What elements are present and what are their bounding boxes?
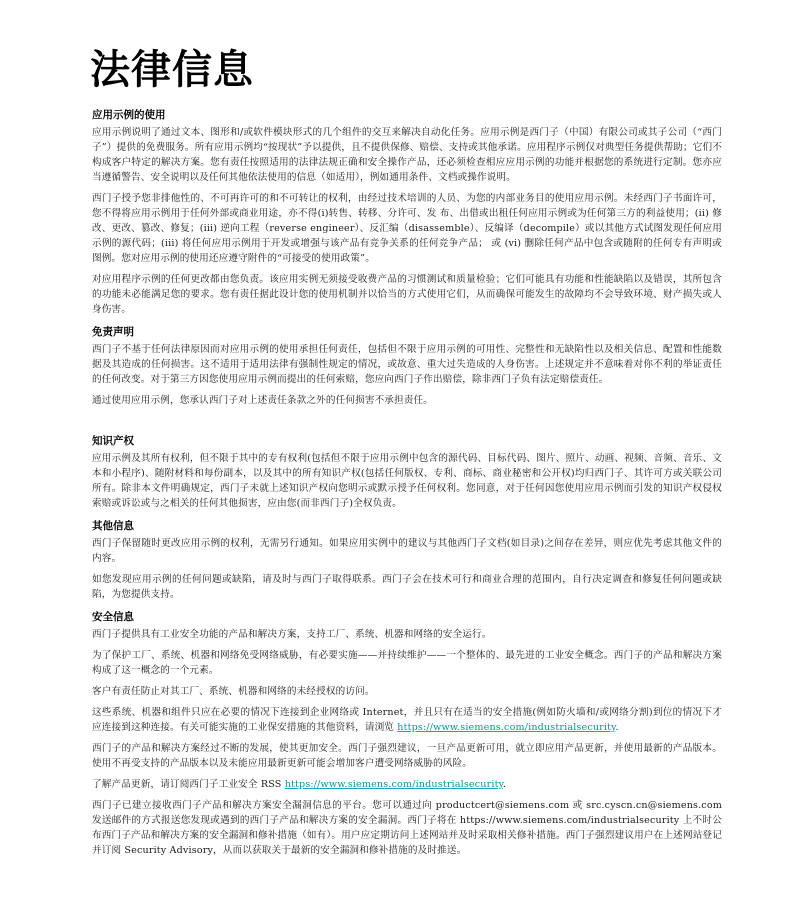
paragraph: 西门子授予您非排他性的、不可再许可的和不可转让的权利，由经过技术培训的人员、为您… xyxy=(92,191,722,266)
paragraph: 如您发现应用示例的任何问题或缺陷，请及时与西门子取得联系。西门子会在技术可行和商… xyxy=(92,572,722,602)
paragraph-with-link: 了解产品更新，请订阅西门子工业安全 RSS https://www.siemen… xyxy=(92,777,722,792)
paragraph: 为了保护工厂、系统、机器和网络免受网络威胁，有必要实施——并持续维护——一个整体… xyxy=(92,648,722,678)
paragraph-text: . xyxy=(615,722,618,733)
section-heading: 安全信息 xyxy=(92,610,722,625)
paragraph: 应用示例说明了通过文本、图形和/或软件模块形式的几个组件的交互来解决自动化任务。… xyxy=(92,125,722,185)
paragraph-text: 了解产品更新，请订阅西门子工业安全 RSS xyxy=(92,779,285,790)
section-heading: 免责声明 xyxy=(92,325,722,340)
paragraph: 西门子不基于任何法律原因而对应用示例的使用承担任何责任，包括但不限于应用示例的可… xyxy=(92,342,722,387)
section-intellectual-property: 知识产权 应用示例及其所有权利，但不限于其中的专有权利(包括但不限于应用示例中包… xyxy=(92,434,722,511)
paragraph: 西门子提供具有工业安全功能的产品和解决方案，支持工厂、系统、机器和网络的安全运行… xyxy=(92,627,722,642)
industrial-security-rss-link[interactable]: https://www.siemens.com/industrialsecuri… xyxy=(285,779,503,790)
paragraph: 通过使用应用示例，您承认西门子对上述责任条款之外的任何损害不承担责任。 xyxy=(92,393,722,408)
paragraph: 西门子保留随时更改应用示例的权利，无需另行通知。如果应用实例中的建议与其他西门子… xyxy=(92,536,722,566)
section-other-information: 其他信息 西门子保留随时更改应用示例的权利，无需另行通知。如果应用实例中的建议与… xyxy=(92,519,722,602)
section-security-information: 安全信息 西门子提供具有工业安全功能的产品和解决方案，支持工厂、系统、机器和网络… xyxy=(92,610,722,858)
paragraph: 应用示例及其所有权利，但不限于其中的专有权利(包括但不限于应用示例中包含的源代码… xyxy=(92,451,722,511)
section-disclaimer: 免责声明 西门子不基于任何法律原因而对应用示例的使用承担任何责任，包括但不限于应… xyxy=(92,325,722,408)
section-heading: 其他信息 xyxy=(92,519,722,534)
paragraph: 西门子已建立接收西门子产品和解决方案安全漏洞信息的平台。您可以通过向 produ… xyxy=(92,798,722,858)
section-application-examples: 应用示例的使用 应用示例说明了通过文本、图形和/或软件模块形式的几个组件的交互来… xyxy=(92,108,722,317)
industrial-security-link[interactable]: https://www.siemens.com/industrialsecuri… xyxy=(397,722,615,733)
section-heading: 应用示例的使用 xyxy=(92,108,722,123)
paragraph-text: . xyxy=(503,779,506,790)
paragraph-with-link: 这些系统、机器和组件只应在必要的情况下连接到企业网络或 Internet，并且只… xyxy=(92,705,722,735)
paragraph: 西门子的产品和解决方案经过不断的发展，使其更加安全。西门子强烈建议，一旦产品更新… xyxy=(92,741,722,771)
section-heading: 知识产权 xyxy=(92,434,722,449)
legal-information-page: 法律信息 应用示例的使用 应用示例说明了通过文本、图形和/或软件模块形式的几个组… xyxy=(92,42,722,864)
paragraph: 对应用程序示例的任何更改都由您负责。该应用实例无须接受收费产品的习惯测试和质量检… xyxy=(92,272,722,317)
paragraph: 客户有责任防止对其工厂、系统、机器和网络的未经授权的访问。 xyxy=(92,684,722,699)
page-title: 法律信息 xyxy=(90,46,722,94)
